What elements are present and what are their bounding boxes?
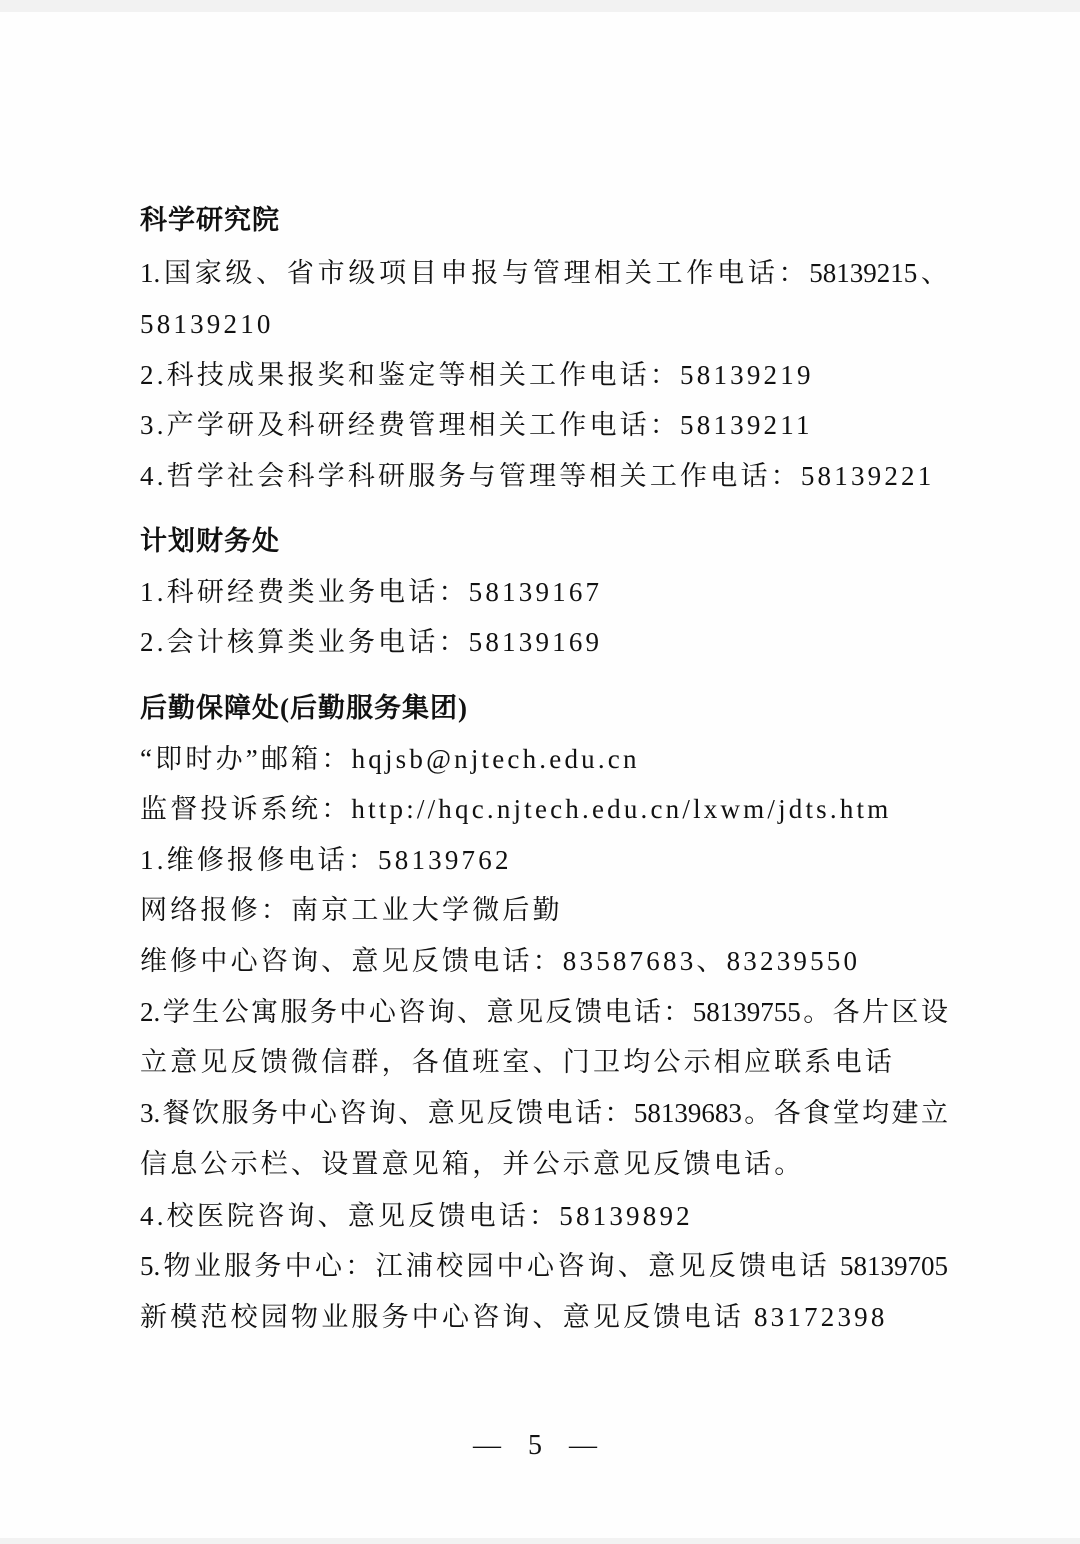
logistics-line-2-continued: 立意见反馈微信群，各值班室、门卫均公示相应联系电话 xyxy=(140,1044,895,1080)
research-line-4: 4.哲学社会科学科研服务与管理等相关工作电话：58139221 xyxy=(140,458,934,494)
finance-line-2: 2.会计核算类业务电话：58139169 xyxy=(140,624,602,660)
logistics-line-4-hospital: 4.校医院咨询、意见反馈电话：58139892 xyxy=(140,1198,693,1234)
logistics-repair-center-feedback-line: 维修中心咨询、意见反馈电话：83587683、83239550 xyxy=(140,943,860,979)
logistics-complaint-system-line: 监督投诉系统：http://hqc.njtech.edu.cn/lxwm/jdt… xyxy=(140,791,891,827)
logistics-line-3-continued: 信息公示栏、设置意见箱，并公示意见反馈电话。 xyxy=(140,1146,804,1182)
section-heading-research-institute: 科学研究院 xyxy=(140,202,280,238)
logistics-email-line: “即时办”邮箱：hqjsb@njtech.edu.cn xyxy=(140,741,640,777)
document-page: 科学研究院 1.国家级、省市级项目申报与管理相关工作电话：58139215、 5… xyxy=(0,12,1080,1538)
logistics-line-5-continued: 新模范校园物业服务中心咨询、意见反馈电话 83172398 xyxy=(140,1299,888,1335)
logistics-line-5-property: 5.物业服务中心：江浦校园中心咨询、意见反馈电话 58139705 xyxy=(140,1248,948,1284)
research-line-3: 3.产学研及科研经费管理相关工作电话：58139211 xyxy=(140,407,813,443)
section-heading-finance-office: 计划财务处 xyxy=(140,523,280,559)
logistics-line-1-repair: 1.维修报修电话：58139762 xyxy=(140,842,512,878)
finance-line-1: 1.科研经费类业务电话：58139167 xyxy=(140,574,602,610)
page-number: — 5 — xyxy=(0,1428,1080,1464)
research-line-1: 1.国家级、省市级项目申报与管理相关工作电话：58139215、 xyxy=(140,255,948,291)
section-heading-logistics-office: 后勤保障处(后勤服务集团) xyxy=(140,690,468,726)
logistics-online-repair-line: 网络报修：南京工业大学微后勤 xyxy=(140,892,563,928)
logistics-line-2-dormitory: 2.学生公寓服务中心咨询、意见反馈电话：58139755。各片区设 xyxy=(140,994,948,1030)
research-line-2: 2.科技成果报奖和鉴定等相关工作电话：58139219 xyxy=(140,357,814,393)
research-line-1-continued: 58139210 xyxy=(140,306,274,342)
logistics-line-3-catering: 3.餐饮服务中心咨询、意见反馈电话：58139683。各食堂均建立 xyxy=(140,1095,948,1131)
